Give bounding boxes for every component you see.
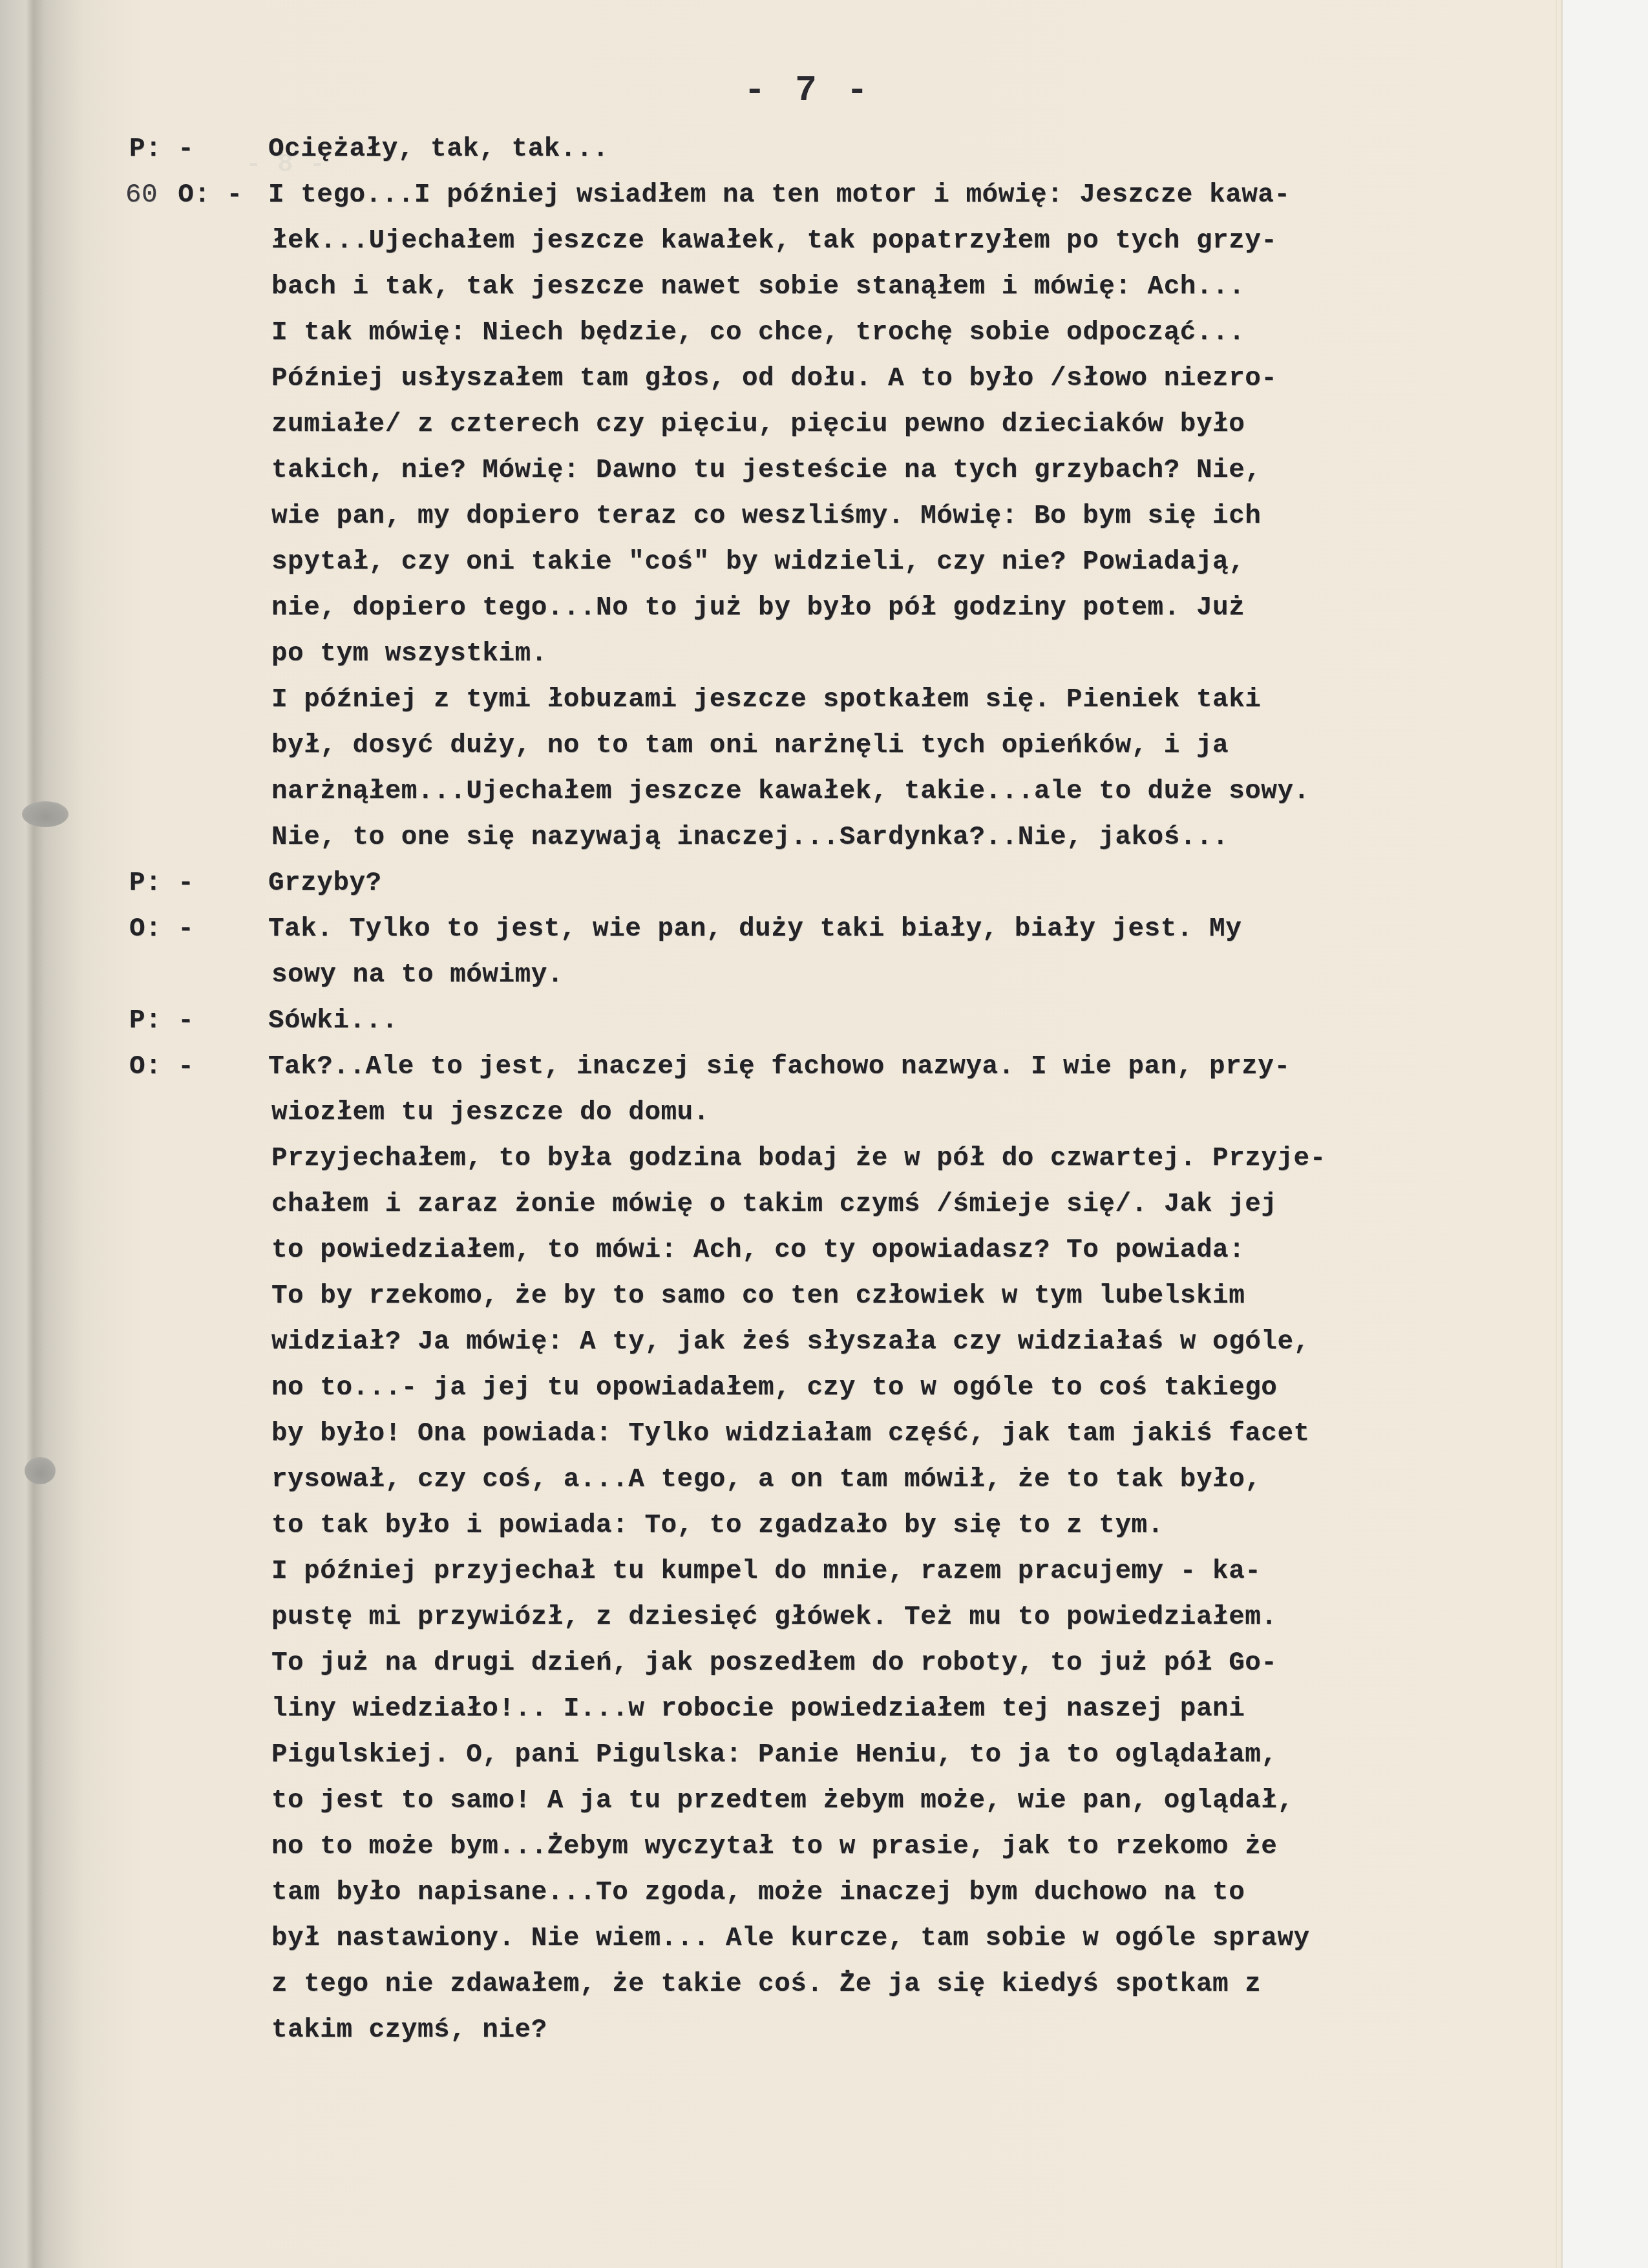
- utterance-text: I później przyjechał tu kumpel do mnie, …: [129, 1549, 1519, 1595]
- utterance-text: wie pan, my dopiero teraz co weszliśmy. …: [129, 494, 1519, 540]
- utterance-text: To by rzekomo, że by to samo co ten czło…: [129, 1274, 1519, 1319]
- speaker-line: P: -Ociężały, tak, tak...: [129, 127, 1519, 173]
- speaker-label: O: -: [129, 907, 268, 952]
- page-number: - 7 -: [743, 70, 872, 111]
- line-number: 60: [125, 173, 158, 218]
- utterance-text: Grzyby?: [268, 868, 382, 898]
- utterance-text: Sówki...: [268, 1006, 398, 1036]
- utterance-text: Tak?..Ale to jest, inaczej się fachowo n…: [268, 1052, 1291, 1082]
- utterance-text: był, dosyć duży, no to tam oni narżnęli …: [129, 723, 1519, 769]
- transcript-turn: P: -Sówki...: [129, 998, 1519, 1044]
- speaker-label: P: -: [129, 998, 268, 1044]
- utterance-text: To już na drugi dzień, jak poszedłem do …: [129, 1641, 1519, 1686]
- utterance-text: I tego...I później wsiadłem na ten motor…: [268, 180, 1291, 210]
- utterance-text: Nie, to one się nazywają inaczej...Sardy…: [129, 815, 1519, 861]
- speaker-line: P: -Sówki...: [129, 998, 1519, 1044]
- transcript-turn: 60 O: -I tego...I później wsiadłem na te…: [129, 173, 1519, 861]
- transcript-turn: O: -Tak?..Ale to jest, inaczej się facho…: [129, 1044, 1519, 2053]
- utterance-text: tam było napisane...To zgoda, może inacz…: [129, 1870, 1519, 1916]
- utterance-text: no to może bym...Żebym wyczytał to w pra…: [129, 1824, 1519, 1870]
- utterance-text: Później usłyszałem tam głos, od dołu. A …: [129, 356, 1519, 402]
- utterance-text: to powiedziałem, to mówi: Ach, co ty opo…: [129, 1228, 1519, 1274]
- speaker-label: P: -: [129, 127, 268, 173]
- utterance-text: by było! Ona powiada: Tylko widziałam cz…: [129, 1411, 1519, 1457]
- utterance-text: łek...Ujechałem jeszcze kawałek, tak pop…: [129, 218, 1519, 264]
- utterance-text: I tak mówię: Niech będzie, co chce, troc…: [129, 310, 1519, 356]
- utterance-text: to jest to samo! A ja tu przedtem żebym …: [129, 1778, 1519, 1824]
- speaker-label: P: -: [129, 861, 268, 907]
- utterance-text: no to...- ja jej tu opowiadałem, czy to …: [129, 1365, 1519, 1411]
- utterance-text: nie, dopiero tego...No to już by było pó…: [129, 585, 1519, 631]
- utterance-text: pustę mi przywiózł, z dziesięć główek. T…: [129, 1595, 1519, 1641]
- utterance-text: Ociężały, tak, tak...: [268, 134, 609, 164]
- utterance-text: był nastawiony. Nie wiem... Ale kurcze, …: [129, 1916, 1519, 1962]
- utterance-text: Przyjechałem, to była godzina bodaj że w…: [129, 1136, 1519, 1182]
- utterance-text: takich, nie? Mówię: Dawno tu jesteście n…: [129, 448, 1519, 494]
- utterance-text: to tak było i powiada: To, to zgadzało b…: [129, 1503, 1519, 1549]
- utterance-text: sowy na to mówimy.: [129, 952, 1519, 998]
- binder-hole-icon: [25, 1457, 56, 1484]
- interview-transcript: P: -Ociężały, tak, tak...60 O: -I tego..…: [129, 127, 1519, 2053]
- utterance-text: liny wiedziało!.. I...w robocie powiedzi…: [129, 1686, 1519, 1732]
- utterance-text: z tego nie zdawałem, że takie coś. Że ja…: [129, 1962, 1519, 2008]
- transcript-turn: P: -Grzyby?: [129, 861, 1519, 907]
- speaker-line: O: -Tak. Tylko to jest, wie pan, duży ta…: [129, 907, 1519, 952]
- typewritten-page: - 8 - - 7 - P: -Ociężały, tak, tak...60 …: [0, 0, 1563, 2268]
- speaker-label: O: -: [129, 1044, 268, 1090]
- speaker-line: 60 O: -I tego...I później wsiadłem na te…: [129, 173, 1519, 218]
- utterance-text: Tak. Tylko to jest, wie pan, duży taki b…: [268, 914, 1241, 944]
- utterance-text: takim czymś, nie?: [129, 2008, 1519, 2053]
- utterance-text: po tym wszystkim.: [129, 631, 1519, 677]
- utterance-text: Pigulskiej. O, pani Pigulska: Panie Heni…: [129, 1732, 1519, 1778]
- utterance-text: bach i tak, tak jeszcze nawet sobie stan…: [129, 264, 1519, 310]
- utterance-text: zumiałe/ z czterech czy pięciu, pięciu p…: [129, 402, 1519, 448]
- speaker-line: P: -Grzyby?: [129, 861, 1519, 907]
- utterance-text: wiozłem tu jeszcze do domu.: [129, 1090, 1519, 1136]
- speaker-line: O: -Tak?..Ale to jest, inaczej się facho…: [129, 1044, 1519, 1090]
- transcript-turn: O: -Tak. Tylko to jest, wie pan, duży ta…: [129, 907, 1519, 998]
- utterance-text: rysował, czy coś, a...A tego, a on tam m…: [129, 1457, 1519, 1503]
- utterance-text: widział? Ja mówię: A ty, jak żeś słyszał…: [129, 1319, 1519, 1365]
- transcript-turn: P: -Ociężały, tak, tak...: [129, 127, 1519, 173]
- utterance-text: chałem i zaraz żonie mówię o takim czymś…: [129, 1182, 1519, 1228]
- binder-hole-icon: [22, 801, 69, 827]
- utterance-text: narżnąłem...Ujechałem jeszcze kawałek, t…: [129, 769, 1519, 815]
- utterance-text: spytał, czy oni takie "coś" by widzieli,…: [129, 540, 1519, 585]
- utterance-text: I później z tymi łobuzami jeszcze spotka…: [129, 677, 1519, 723]
